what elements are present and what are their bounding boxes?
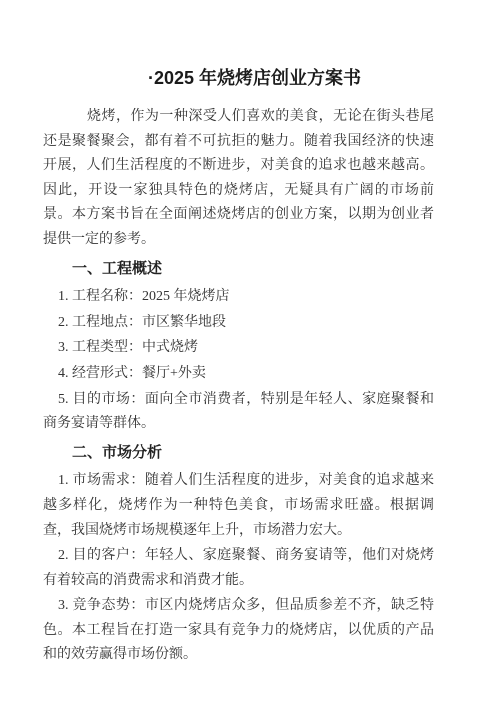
document-page: ·2025 年烧烤店创业方案书 烧烤，作为一种深受人们喜欢的美食，无论在街头巷尾…	[0, 0, 500, 707]
list-item-project-location: 2. 工程地点：市区繁华地段	[43, 311, 434, 336]
list-item-business-format: 4. 经营形式：餐厅+外卖	[43, 362, 434, 387]
intro-paragraph: 烧烤，作为一种深受人们喜欢的美食，无论在街头巷尾还是聚餐聚会，都有着不可抗拒的魅…	[43, 105, 434, 253]
list-item-project-type: 3. 工程类型：中式烧烤	[43, 336, 434, 361]
list-item-target-market: 5. 目的市场：面向全市消费者，特别是年轻人、家庭聚餐和商务宴请等群体。	[43, 388, 434, 437]
section-heading-market-analysis: 二、市场分析	[43, 441, 434, 466]
list-item-market-demand: 1. 市场需求：随着人们生活程度的进步，对美食的追求越来越多样化，烧烤作为一种特…	[43, 469, 434, 543]
list-item-project-name: 1. 工程名称：2025 年烧烤店	[43, 285, 434, 310]
section-heading-project-overview: 一、工程概述	[43, 257, 434, 282]
list-item-competitive-landscape: 3. 竞争态势：市区内烧烤店众多，但品质参差不齐，缺乏特色。本工程旨在打造一家具…	[43, 594, 434, 668]
document-title: ·2025 年烧烤店创业方案书	[43, 66, 434, 90]
list-item-target-customers: 2. 目的客户：年轻人、家庭聚餐、商务宴请等，他们对烧烤有着较高的消费需求和消费…	[43, 544, 434, 593]
